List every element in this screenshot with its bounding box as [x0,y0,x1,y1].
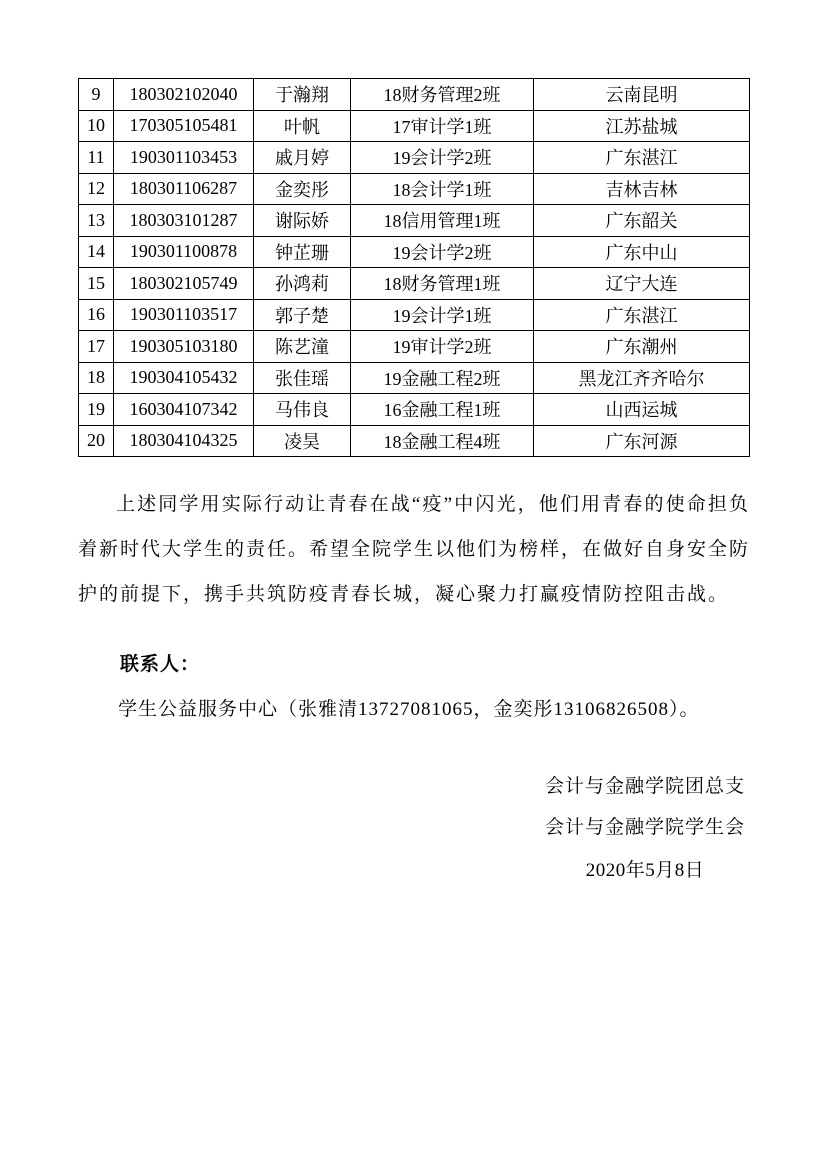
cell-no: 11 [79,142,114,174]
cell-location: 广东中山 [534,236,750,268]
cell-name: 戚月婷 [254,142,351,174]
contact-detail: 学生公益服务中心（张雅清13727081065，金奕彤13106826508）。 [118,687,750,732]
cell-no: 10 [79,110,114,142]
closing-paragraph: 上述同学用实际行动让青春在战“疫”中闪光，他们用青春的使命担负着新时代大学生的责… [78,482,750,617]
cell-id: 180302102040 [114,79,254,111]
cell-class_name: 18财务管理1班 [351,268,534,300]
cell-class_name: 19会计学2班 [351,236,534,268]
cell-class_name: 19审计学2班 [351,331,534,363]
cell-name: 郭子楚 [254,299,351,331]
cell-id: 190301100878 [114,236,254,268]
table-row: 17190305103180陈艺潼19审计学2班广东潮州 [79,331,750,363]
cell-name: 金奕彤 [254,173,351,205]
cell-class_name: 18信用管理1班 [351,205,534,237]
signature-org-2: 会计与金融学院学生会 [540,807,750,848]
cell-location: 江苏盐城 [534,110,750,142]
cell-location: 辽宁大连 [534,268,750,300]
cell-no: 13 [79,205,114,237]
cell-id: 180301106287 [114,173,254,205]
cell-no: 20 [79,425,114,457]
contact-block: 联系人： 学生公益服务中心（张雅清13727081065，金奕彤13106826… [78,642,750,732]
cell-no: 15 [79,268,114,300]
signature-block: 会计与金融学院团总支 会计与金融学院学生会 2020年5月8日 [540,766,750,891]
cell-id: 180302105749 [114,268,254,300]
cell-id: 170305105481 [114,110,254,142]
cell-class_name: 19会计学2班 [351,142,534,174]
cell-id: 190301103453 [114,142,254,174]
cell-name: 张佳瑶 [254,362,351,394]
table-row: 14190301100878钟芷珊19会计学2班广东中山 [79,236,750,268]
cell-no: 19 [79,394,114,426]
cell-location: 广东湛江 [534,299,750,331]
cell-id: 190304105432 [114,362,254,394]
cell-class_name: 18财务管理2班 [351,79,534,111]
cell-class_name: 18金融工程4班 [351,425,534,457]
cell-no: 12 [79,173,114,205]
cell-location: 广东韶关 [534,205,750,237]
cell-no: 9 [79,79,114,111]
cell-name: 凌昊 [254,425,351,457]
cell-name: 马伟良 [254,394,351,426]
table-row: 9180302102040于瀚翔18财务管理2班云南昆明 [79,79,750,111]
cell-no: 14 [79,236,114,268]
table-row: 19160304107342马伟良16金融工程1班山西运城 [79,394,750,426]
table-row: 18190304105432张佳瑶19金融工程2班黑龙江齐齐哈尔 [79,362,750,394]
table-row: 15180302105749孙鸿莉18财务管理1班辽宁大连 [79,268,750,300]
cell-location: 山西运城 [534,394,750,426]
table-row: 16190301103517郭子楚19会计学1班广东湛江 [79,299,750,331]
cell-no: 16 [79,299,114,331]
table-row: 10170305105481叶帆17审计学1班江苏盐城 [79,110,750,142]
cell-location: 吉林吉林 [534,173,750,205]
table-row: 11190301103453戚月婷19会计学2班广东湛江 [79,142,750,174]
cell-id: 180304104325 [114,425,254,457]
cell-no: 18 [79,362,114,394]
table-row: 13180303101287谢际娇18信用管理1班广东韶关 [79,205,750,237]
student-table-body: 9180302102040于瀚翔18财务管理2班云南昆明101703051054… [79,79,750,457]
cell-name: 孙鸿莉 [254,268,351,300]
student-roster-table: 9180302102040于瀚翔18财务管理2班云南昆明101703051054… [78,78,750,457]
cell-class_name: 17审计学1班 [351,110,534,142]
cell-id: 190301103517 [114,299,254,331]
cell-name: 叶帆 [254,110,351,142]
cell-location: 广东河源 [534,425,750,457]
cell-location: 云南昆明 [534,79,750,111]
signature-date: 2020年5月8日 [540,850,750,891]
cell-class_name: 19金融工程2班 [351,362,534,394]
cell-id: 160304107342 [114,394,254,426]
cell-name: 于瀚翔 [254,79,351,111]
cell-location: 广东湛江 [534,142,750,174]
cell-class_name: 16金融工程1班 [351,394,534,426]
signature-org-1: 会计与金融学院团总支 [540,766,750,807]
cell-class_name: 18会计学1班 [351,173,534,205]
table-row: 12180301106287金奕彤18会计学1班吉林吉林 [79,173,750,205]
cell-id: 190305103180 [114,331,254,363]
cell-location: 黑龙江齐齐哈尔 [534,362,750,394]
cell-no: 17 [79,331,114,363]
cell-id: 180303101287 [114,205,254,237]
contact-label: 联系人： [120,642,750,687]
cell-name: 谢际娇 [254,205,351,237]
cell-location: 广东潮州 [534,331,750,363]
cell-class_name: 19会计学1班 [351,299,534,331]
cell-name: 陈艺潼 [254,331,351,363]
table-row: 20180304104325凌昊18金融工程4班广东河源 [79,425,750,457]
document-page: 9180302102040于瀚翔18财务管理2班云南昆明101703051054… [0,0,827,1169]
cell-name: 钟芷珊 [254,236,351,268]
